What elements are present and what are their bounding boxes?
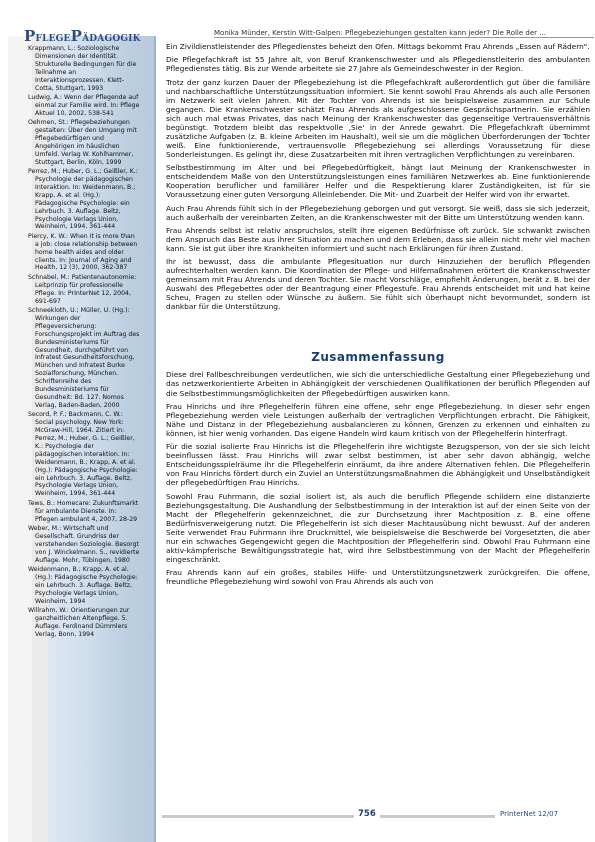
body-paragraph: Ein Zivildienstleistender des Pflegedien… — [166, 42, 590, 51]
reference-item: Schneekloth, U.; Müller, U. (Hg.): Wirku… — [28, 307, 140, 410]
body-paragraph: Frau Ahrends selbst ist relativ anspruch… — [166, 226, 590, 253]
body-paragraph: Trotz der ganz kurzen Dauer der Pflegebe… — [166, 78, 590, 159]
reference-item: Weber, M.: Wirtschaft und Gesellschaft. … — [28, 525, 140, 565]
reference-item: Piercy, K. W.: When it is more than a jo… — [28, 233, 140, 273]
sidebar-divider — [154, 36, 156, 842]
journal-logo: PflegePädagogik — [24, 27, 141, 45]
reference-item: Schnabel, M.: Patientenautonomie: Leitpr… — [28, 274, 140, 306]
logo-initial-2: P — [71, 27, 82, 45]
body-paragraph: Auch Frau Ahrends fühlt sich in der Pfle… — [166, 204, 590, 222]
body-paragraph: Die Pflegefachkraft ist 55 Jahre alt, vo… — [166, 55, 590, 73]
reference-item: Perrez, M.; Huber, G. L.; Geißler, K.: P… — [28, 168, 140, 231]
logo-word-2: ädagogik — [82, 30, 141, 45]
logo-word-1: flege — [35, 30, 70, 45]
journal-issue: PrInterNet 12/07 — [500, 810, 558, 818]
body-paragraph: Für die sozial isolierte Frau Hinrichs i… — [166, 442, 590, 487]
running-header: Monika Münder, Kerstin Witt-Galpen: Pfle… — [214, 29, 594, 38]
main-text-column: Ein Zivildienstleistender des Pflegedien… — [166, 42, 590, 590]
reference-item: Tews, B.: Homecare: Zukunftsmarkt für am… — [28, 500, 140, 524]
reference-item: Secord, P. F.; Backmann, C. W.: Social p… — [28, 411, 140, 498]
body-paragraph: Ihr ist bewusst, dass die ambulante Pfle… — [166, 257, 590, 311]
body-paragraph: Frau Ahrends kann auf ein großes, stabil… — [166, 568, 590, 586]
body-paragraph: Selbstbestimmung im Alter und bei Pflege… — [166, 163, 590, 199]
page-number: 756 — [354, 809, 380, 819]
body-paragraph: Sowohl Frau Fuhrmann, die sozial isolier… — [166, 492, 590, 564]
reference-list: Krappmann, L.: Soziologische Dimensionen… — [28, 45, 140, 640]
reference-item: Krappmann, L.: Soziologische Dimensionen… — [28, 45, 140, 92]
section-heading: Zusammenfassung — [166, 353, 590, 362]
body-paragraph: Frau Hinrichs und ihre Pflegehelferin fü… — [166, 402, 590, 438]
footer-rule — [162, 815, 495, 818]
body-paragraph: Diese drei Fallbeschreibungen verdeutlic… — [166, 370, 590, 397]
reference-item: Ludwig, A.: Wenn der Pflegende auf einma… — [28, 94, 140, 118]
reference-item: Weidenmann, B.; Krapp, A. et al. (Hg.): … — [28, 566, 140, 606]
reference-item: Oehmen, St.: Pflegebeziehungen gestalten… — [28, 119, 140, 166]
reference-item: Willrahm, W.: Orientierungen zur ganzhei… — [28, 607, 140, 639]
logo-initial-1: P — [24, 27, 35, 45]
